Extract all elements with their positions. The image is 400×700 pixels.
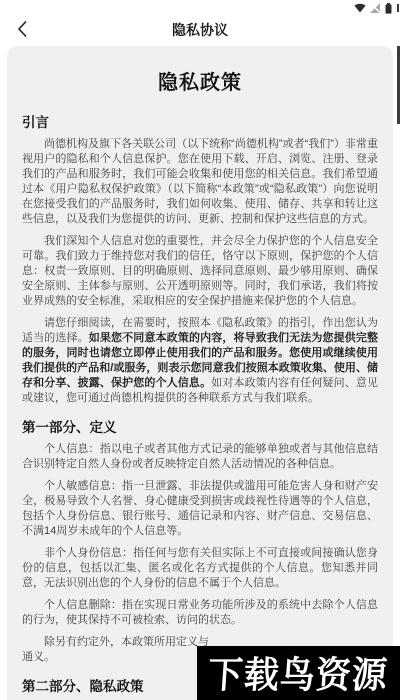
definitions-paragraph-1: 个人信息：指以电子或者其他方式记录的能够单独或者与其他信息结合识别特定自然人身份… xyxy=(22,442,378,472)
nav-bar: 隐私协议 xyxy=(0,14,400,46)
app-screen: 隐私协议 隐私政策 引言 尚德机构及旗下各关联公司（以下统称“尚德机构”或者“我… xyxy=(0,0,400,700)
watermark-banner: 下载鸟资源 xyxy=(197,646,400,700)
section-heading-intro: 引言 xyxy=(22,111,378,131)
wifi-icon xyxy=(354,3,366,13)
battery-icon xyxy=(385,3,392,14)
chevron-left-icon xyxy=(17,21,27,40)
definitions-paragraph-4: 个人信息删除：指在实现日常业务功能所涉及的系统中去除个人信息的行为，使其保持不可… xyxy=(22,598,378,628)
privacy-policy-card[interactable]: 隐私政策 引言 尚德机构及旗下各关联公司（以下统称“尚德机构”或者“我们”）非常… xyxy=(7,46,393,700)
watermark-text: 下载鸟资源 xyxy=(207,647,391,700)
intro-paragraph-2: 我们深知个人信息对您的重要性，并会尽全力保护您的个人信息安全可靠。我们致力于维持… xyxy=(22,234,378,309)
section-heading-definitions: 第一部分、定义 xyxy=(22,416,378,436)
signal-off-icon xyxy=(370,3,381,13)
intro-paragraph-1: 尚德机构及旗下各关联公司（以下统称“尚德机构”或者“我们”）非常重视用户的隐私和… xyxy=(22,137,378,227)
definitions-paragraph-2: 个人敏感信息：指一旦泄露、非法提供或滥用可能危害人身和财产安全，极易导致个人名誉… xyxy=(22,479,378,539)
status-clipped-glyph xyxy=(397,4,399,12)
page-title: 隐私协议 xyxy=(172,20,228,40)
intro-paragraph-3: 请您仔细阅读，在需要时，按照本《隐私政策》的指引，作出您认为适当的选择。如果您不… xyxy=(22,316,378,406)
status-bar xyxy=(0,0,400,14)
document-title: 隐私政策 xyxy=(22,66,378,95)
definitions-paragraph-3: 非个人身份信息：指任何与您有关但实际上不可直接或间接确认您身份的信息，包括以汇集… xyxy=(22,546,378,591)
definitions-p5-start: 除另有约定外，本政策所用定义与 xyxy=(44,636,209,648)
back-button[interactable] xyxy=(10,18,34,42)
